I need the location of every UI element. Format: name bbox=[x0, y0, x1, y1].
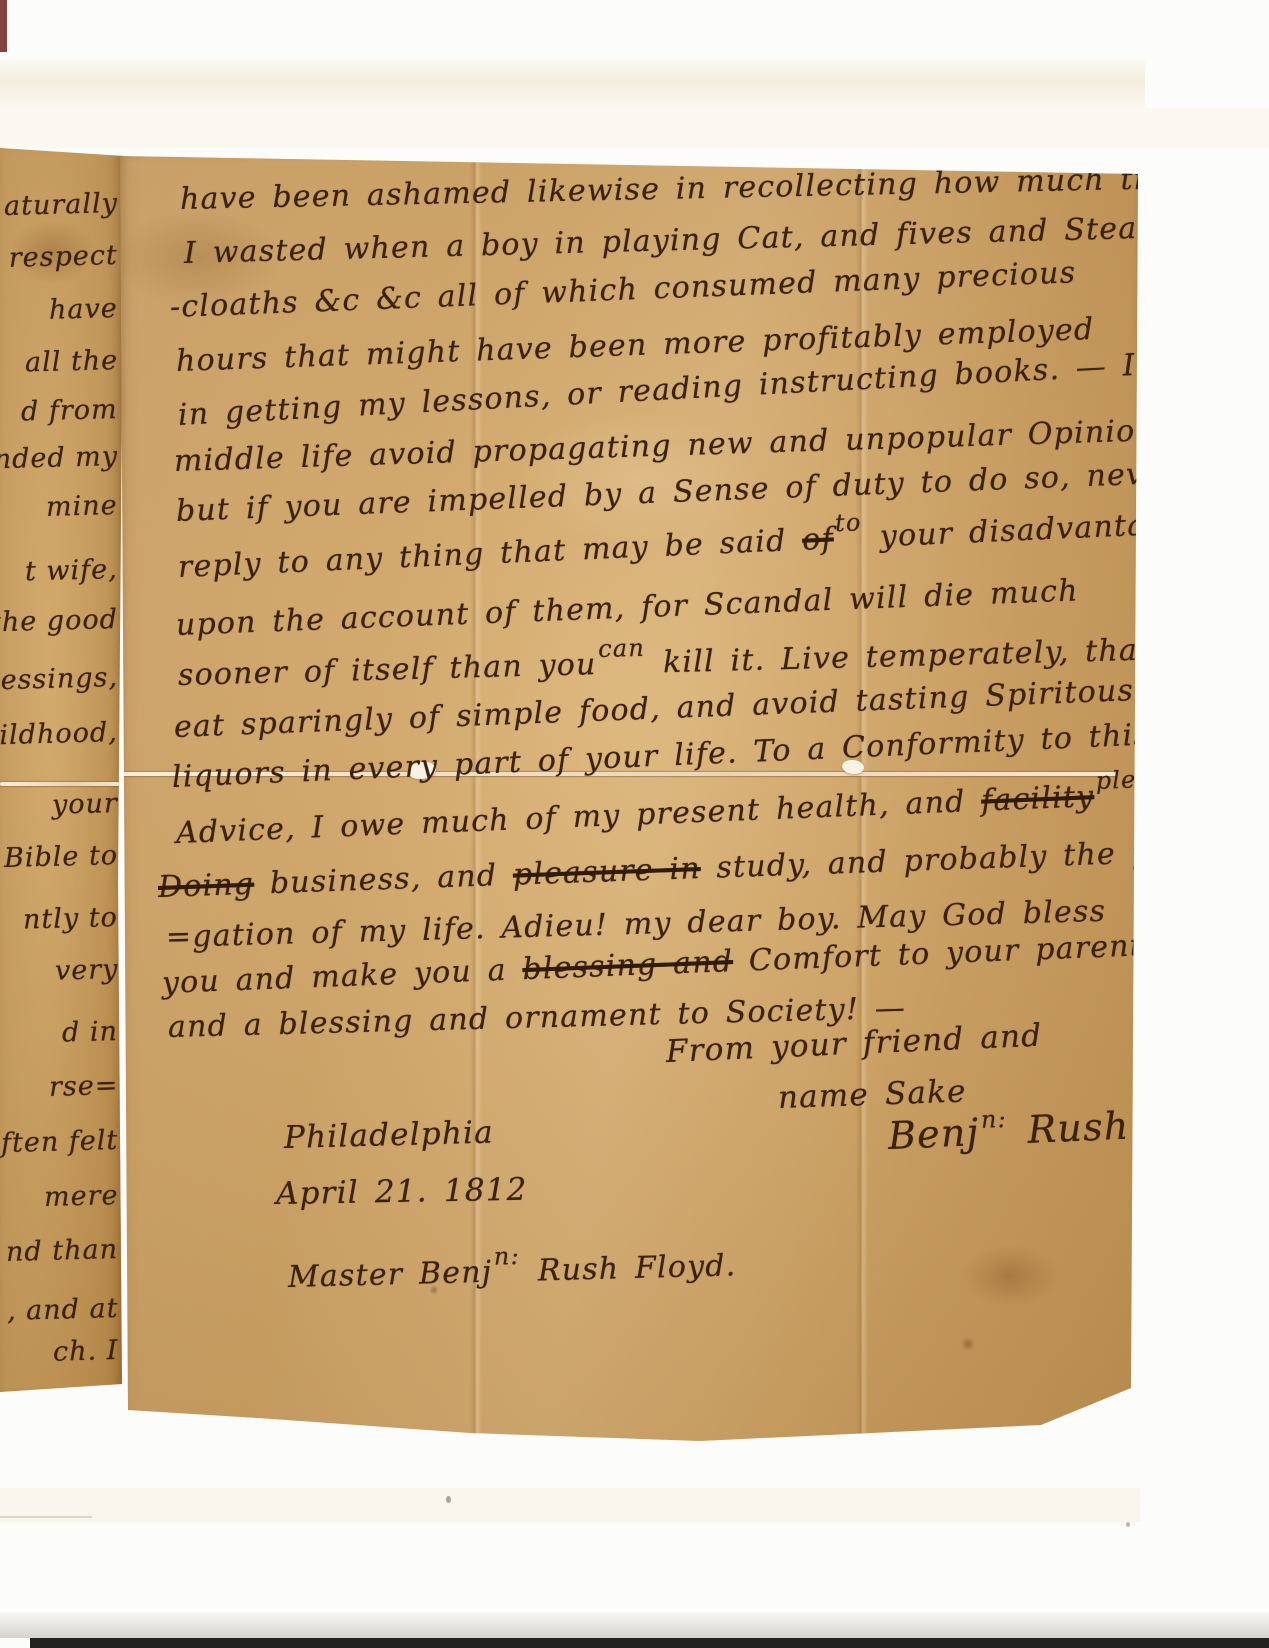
address-line: Master Benjn: Rush Floyd. bbox=[288, 1248, 737, 1295]
fragment-line: your bbox=[52, 788, 119, 821]
corner-mark bbox=[0, 0, 7, 52]
fragment-line: have bbox=[49, 293, 119, 326]
dust-speck bbox=[446, 1496, 451, 1503]
scan-background: aturally ich respect have all the d from… bbox=[0, 0, 1269, 1648]
fragment-line: rse= bbox=[48, 1070, 118, 1103]
fragment-line: nd than bbox=[6, 1234, 119, 1268]
scanner-band-top-2 bbox=[0, 108, 1269, 148]
dust-speck bbox=[1126, 1522, 1130, 1527]
inserted-word: to bbox=[834, 508, 862, 537]
fragment-line: ttended my bbox=[0, 441, 118, 476]
fragment-line: d from bbox=[21, 394, 118, 428]
fragment-line: , and at bbox=[6, 1293, 118, 1327]
fragment-line: d in bbox=[62, 1016, 119, 1048]
struck-word: blessing and bbox=[522, 944, 734, 987]
struck-word: facility bbox=[980, 779, 1095, 819]
inserted-word: pleasure bbox=[1095, 762, 1211, 795]
letter-line: have been ashamed likewise in recollecti… bbox=[180, 161, 1194, 217]
fragment-line: all the bbox=[24, 345, 118, 378]
fragment-line: ften felt bbox=[0, 1125, 118, 1159]
dateline-place: Philadelphia bbox=[284, 1115, 495, 1156]
fragment-line: t wife, bbox=[25, 554, 119, 587]
fragment-line: hildhood, bbox=[0, 717, 118, 752]
fragment-line: mere bbox=[43, 1180, 118, 1213]
fragment-line: aturally bbox=[4, 188, 119, 222]
fragment-line: mine bbox=[46, 490, 118, 523]
scanner-edge-dark bbox=[30, 1638, 1269, 1648]
signature: Benjn: Rush bbox=[887, 1103, 1130, 1157]
fragment-line: these blessings, bbox=[0, 662, 118, 699]
tear-line bbox=[0, 782, 124, 786]
dateline-date: April 21. 1812 bbox=[276, 1172, 528, 1212]
fragment-line: ntly to bbox=[23, 902, 119, 935]
fragment-line: ich respect bbox=[0, 240, 118, 275]
letter-line: upon the account of them, for Scandal wi… bbox=[175, 573, 1079, 643]
struck-word: of bbox=[801, 521, 834, 557]
letter-page: have been ashamed likewise in recollecti… bbox=[118, 148, 1144, 1460]
facing-page-fragment: aturally ich respect have all the d from… bbox=[0, 142, 124, 1396]
fragment-line: Bible to bbox=[4, 840, 119, 874]
scanner-band-top bbox=[0, 60, 1145, 108]
inserted-word: can bbox=[598, 634, 646, 663]
scanner-edge-gray bbox=[0, 1612, 1269, 1638]
signature-superscript: n: bbox=[980, 1105, 1007, 1134]
address-superscript: n: bbox=[493, 1242, 520, 1271]
closing-line: name Sake bbox=[777, 1073, 967, 1116]
fragment-line: very bbox=[54, 954, 118, 987]
artifact-line bbox=[0, 1516, 92, 1518]
scanner-band-bottom bbox=[0, 1488, 1140, 1522]
fragment-line: ch. I bbox=[52, 1335, 118, 1368]
struck-word: pleasure in bbox=[512, 851, 701, 893]
fragment-line: the good bbox=[0, 604, 118, 638]
struck-word: Doing bbox=[157, 867, 254, 905]
